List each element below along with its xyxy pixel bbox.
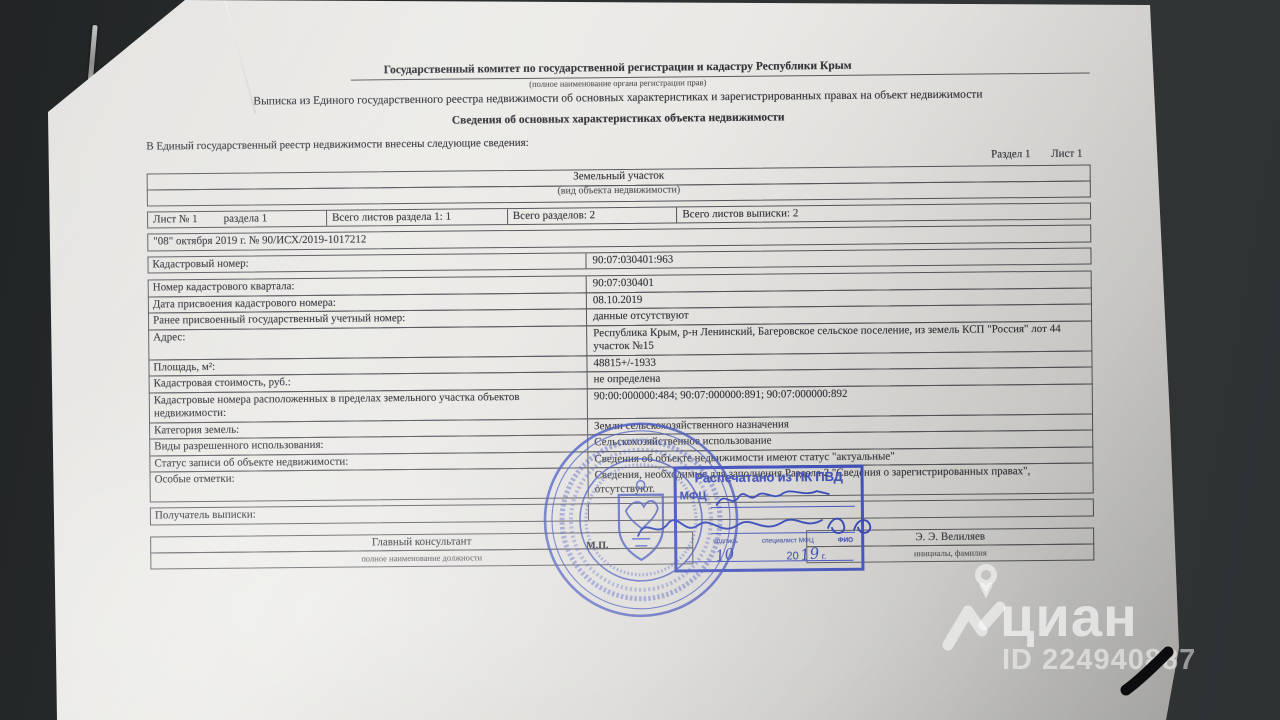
object-kind: Земельный участок — [573, 169, 664, 183]
stamp-captions: подпись специалист МФЦ ФИО — [713, 534, 853, 549]
fio-caption: ФИО — [838, 534, 853, 548]
total-sections-cell: Всего разделов: 2 — [508, 207, 678, 224]
handwritten-signature — [713, 484, 833, 511]
printed-year-prefix: 20 — [786, 550, 798, 564]
section-label: Раздел 1 — [991, 148, 1030, 160]
date-number: "08" октября 2019 г. № 90/ИСХ/2019-10172… — [148, 232, 371, 250]
extract-subtitle: Сведения об основных характеристиках объ… — [146, 108, 1090, 131]
document-content: Государственный комитет по государственн… — [146, 57, 1095, 569]
photo-background: Государственный комитет по государственн… — [0, 0, 1280, 720]
pvd-stamp-org: МФЦ — [680, 490, 707, 504]
row-label: Адрес: — [149, 326, 587, 359]
sheet-number: Лист № 1 — [153, 213, 198, 227]
marker-stroke — [1110, 640, 1190, 710]
row-label: Особые отметки: — [151, 468, 589, 501]
object-kind-caption: (вид объекта недвижимости) — [557, 185, 680, 196]
sheet-number-cell: Лист № 1 раздела 1 — [148, 210, 327, 227]
total-sheets-cell: Всего листов раздела 1: 1 — [327, 209, 508, 226]
sheet-label: Лист 1 — [1051, 148, 1082, 160]
year-suffix: г. — [822, 550, 827, 564]
pvd-stamp: Распечатано из ПК ПВД МФЦ подпись специа… — [673, 465, 864, 573]
paper-sheet: Государственный комитет по государственн… — [0, 0, 1280, 720]
row-value: Республика Крым, р-н Ленинский, Багеровс… — [587, 321, 1091, 355]
handwritten-day: 10 — [714, 548, 735, 564]
section-number: раздела 1 — [224, 212, 268, 226]
row-label: Кадастровые номера расположенных в преде… — [150, 389, 588, 422]
handwritten-year: 19 — [800, 547, 821, 563]
row-label: Получатель выписки: — [151, 504, 589, 524]
stamp-date-row: 10 20 19 г. — [687, 548, 855, 565]
pvd-stamp-title: Распечатано из ПК ПВД — [677, 470, 861, 485]
